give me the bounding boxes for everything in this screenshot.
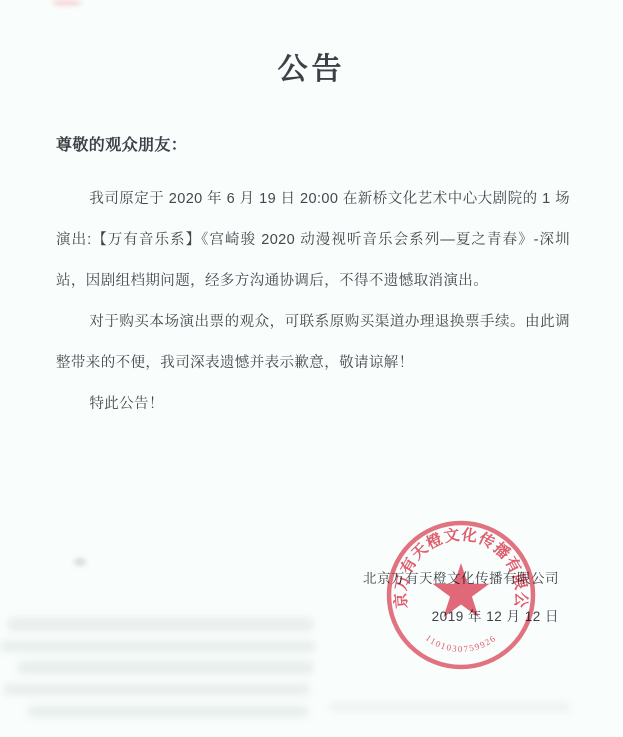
scan-bleedthrough-artifact — [28, 706, 308, 717]
svg-text:北京万有天橙文化传播有限公司: 北京万有天橙文化传播有限公司 — [355, 491, 531, 609]
seal-star-icon — [433, 563, 490, 617]
page-title: 公告 — [0, 44, 623, 88]
paragraph-refund-info: 对于购买本场演出票的观众，可联系原购买渠道办理退换票手续。由此调整带来的不便，我… — [56, 302, 570, 384]
scan-ink-smudge — [52, 0, 82, 6]
svg-text:1101030759926: 1101030759926 — [424, 633, 499, 654]
scan-bleedthrough-artifact — [0, 641, 315, 652]
seal-number-arc-text: 1101030759926 — [424, 633, 499, 654]
scan-bleedthrough-artifact — [4, 684, 309, 695]
salutation: 尊敬的观众朋友： — [56, 125, 570, 166]
scan-bleedthrough-artifact — [8, 618, 313, 631]
company-seal: 北京万有天橙文化传播有限公司 1101030759926 — [355, 491, 567, 703]
scan-bleedthrough-artifact — [18, 661, 313, 674]
seal-company-arc-text: 北京万有天橙文化传播有限公司 — [355, 491, 531, 609]
announcement-document: 公告 尊敬的观众朋友： 我司原定于 2020 年 6 月 19 日 20:00 … — [0, 0, 623, 737]
scan-speck — [74, 558, 86, 566]
paragraph-cancellation-notice: 我司原定于 2020 年 6 月 19 日 20:00 在新桥文化艺术中心大剧院… — [56, 179, 570, 302]
scan-bleedthrough-artifact — [330, 702, 570, 712]
closing-statement: 特此公告！ — [56, 384, 570, 425]
document-body: 尊敬的观众朋友： 我司原定于 2020 年 6 月 19 日 20:00 在新桥… — [56, 125, 570, 425]
